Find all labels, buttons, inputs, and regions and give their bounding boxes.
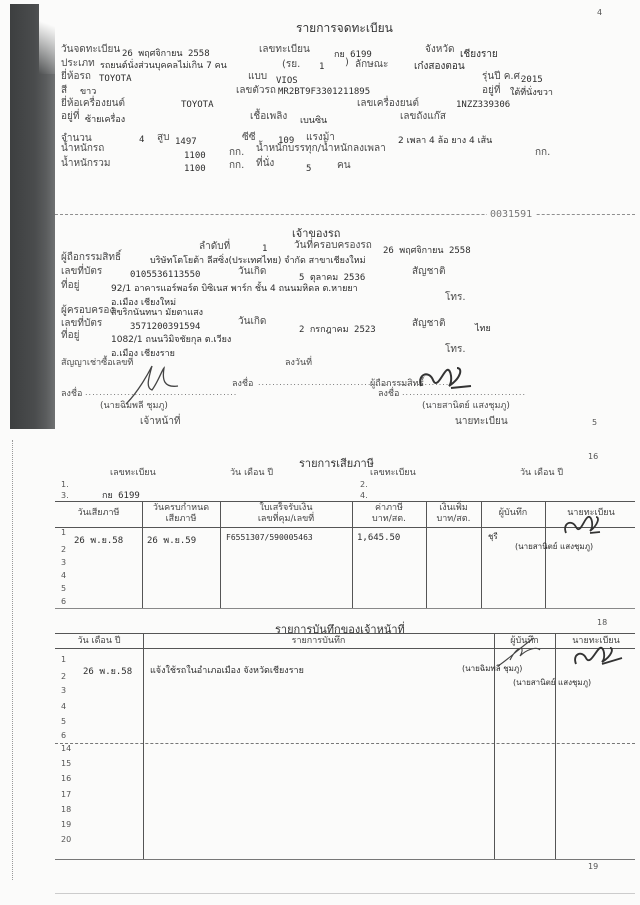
- page-number-tax: 16: [588, 452, 598, 461]
- address-label: ที่อยู่: [61, 278, 79, 293]
- notes-row-number: 2: [61, 672, 66, 681]
- page-number-top: 4: [597, 8, 602, 17]
- engine-brand-value: TOYOTA: [181, 100, 214, 110]
- scan-edge-dots: [12, 440, 14, 880]
- tax-paid-date: 26 พ.ย.58: [74, 533, 123, 547]
- notes-row-number: 15: [61, 759, 71, 768]
- notes-row-number: 3: [61, 686, 66, 695]
- tax-row-number: 2: [61, 545, 66, 554]
- officer-title: เจ้าหน้าที่: [140, 414, 181, 429]
- tax-summary-no-4: 4.: [360, 491, 368, 500]
- cc-label: ซีซี: [242, 130, 256, 145]
- total-weight-value: 1100: [184, 164, 206, 174]
- notes-row-number: 17: [61, 790, 71, 799]
- style-label: ลักษณะ: [355, 57, 388, 72]
- possession-date-label: วันที่ครอบครองรถ: [294, 238, 372, 253]
- birth2-label: วันเกิด: [238, 314, 266, 329]
- tax-summary-header-plate-2: เลขทะเบียน: [370, 465, 416, 479]
- chassis-loc-value: ใต้ที่นั่งขวา: [510, 85, 553, 99]
- nationality2-value: ไทย: [475, 321, 491, 335]
- notes-row-number: 18: [61, 805, 71, 814]
- tax-summary-header-date-2: วัน เดือน ปี: [520, 465, 563, 479]
- tax-title: รายการเสียภาษี: [299, 454, 374, 472]
- province-value: เชียงราย: [460, 47, 498, 62]
- rs-open-label: (รย.: [282, 57, 300, 72]
- id-card-label: เลขที่บัตร: [61, 264, 102, 279]
- brand-label: ยี่ห้อรถ: [61, 69, 91, 84]
- load-label: น้ำหนักบรรทุก/น้ำหนักลงเพลา: [256, 141, 386, 156]
- axles-wheels-value: 2 เพลา 4 ล้อ ยาง 4 เส้น: [398, 133, 492, 147]
- phone2-label: โทร.: [445, 342, 466, 357]
- notes-recorder-signature: [496, 636, 546, 668]
- total-weight-label: น้ำหนักรวม: [61, 156, 111, 171]
- fuel-label: เชื้อเพลิง: [250, 109, 287, 124]
- tax-row-number: 4: [61, 571, 66, 580]
- plate-label: เลขทะเบียน: [259, 42, 310, 57]
- rs-close-label: ): [345, 57, 349, 68]
- registrar-sign-label: ลงชื่อ: [378, 386, 399, 400]
- tax-summary-no-2: 2.: [360, 480, 368, 489]
- possession-date-value: 26 พฤศจิกายน 2558: [383, 243, 471, 257]
- signed-date-label: ลงวันที่: [285, 355, 312, 369]
- notes-col-date: วัน เดือน ปี: [55, 636, 143, 647]
- tax-col-surcharge: เงินเพิ่ม บาท/สต.: [426, 503, 481, 525]
- tax-col-due-date: วันครบกำหนด เสียภาษี: [142, 503, 220, 525]
- tax-summary-header-plate-1: เลขทะเบียน: [110, 465, 156, 479]
- registrar-name: (นายสานิตย์ แสงชุมภู): [422, 398, 510, 412]
- cc-value: 1497: [175, 137, 197, 147]
- birth-label: วันเกิด: [238, 264, 266, 279]
- address2-label: ที่อยู่: [61, 328, 79, 343]
- holder-label: ผู้ถือกรรมสิทธิ์: [61, 250, 121, 265]
- registrar-title: นายทะเบียน: [455, 414, 508, 429]
- notes-entry: แจ้งใช้รถในอำเภอเมือง จังหวัดเชียงราย: [150, 663, 304, 677]
- phone-label: โทร.: [445, 290, 466, 305]
- tax-col-tax: ค่าภาษี บาท/สต.: [352, 503, 426, 525]
- page-number-bottom: 19: [588, 862, 598, 871]
- tax-receipt: F6551307/590005463: [226, 533, 313, 542]
- notes-row-number: 4: [61, 702, 66, 711]
- rs-value: 1: [319, 62, 324, 72]
- page-number-owner: 5: [592, 418, 597, 427]
- persons-label: คน: [337, 158, 351, 173]
- serial-number: 0031591: [487, 209, 535, 220]
- notes-date: 26 พ.ย.58: [83, 664, 132, 678]
- bottom-edge-line: [55, 893, 635, 894]
- fuel-value: เบนซิน: [300, 113, 327, 127]
- province-label: จังหวัด: [425, 42, 454, 57]
- tax-summary-header-date-1: วัน เดือน ปี: [230, 465, 273, 479]
- notes-registrar-name: (นายสานิตย์ แสงชุมภู): [513, 676, 591, 689]
- officer-sign-line: ........................................…: [85, 388, 237, 397]
- style-value: เก๋งสองตอน: [414, 59, 465, 74]
- tax-row-number: 1: [61, 528, 66, 537]
- tax-due-date: 26 พ.ย.59: [147, 533, 196, 547]
- officer-sign-label: ลงชื่อ: [61, 386, 82, 400]
- notes-row-number: 20: [61, 835, 71, 844]
- tax-summary-plate-3: กย 6199: [102, 488, 140, 502]
- nationality-label: สัญชาติ: [412, 264, 446, 279]
- model-label: แบบ: [248, 69, 267, 84]
- tax-summary-no-1: 1.: [61, 480, 69, 489]
- officer-name: (นายฉิมพลี ชุมภู): [100, 398, 168, 412]
- notes-col-entry: รายการบันทึก: [143, 636, 494, 647]
- cylinders-value: 4: [139, 135, 144, 145]
- type-value: รถยนต์นั่งส่วนบุคคลไม่เกิน 7 คน: [100, 58, 227, 72]
- order-label: ลำดับที่: [199, 239, 230, 254]
- address2-line1: 1082/1 ถนนวิมิจชัยกุล ต.เวียง: [111, 332, 231, 346]
- seats-label: ที่นั่ง: [256, 156, 274, 171]
- id-card-value: 0105536113550: [130, 270, 200, 280]
- model-year-label: รุ่นปี ค.ศ.: [482, 69, 523, 84]
- model-year-value: 2015: [521, 75, 543, 85]
- registration-title: รายการจดทะเบียน: [296, 19, 393, 38]
- birth2-value: 2 กรกฎาคม 2523: [299, 322, 376, 336]
- weight-label: น้ำหนักรถ: [61, 141, 104, 156]
- brand-value: TOYOTA: [99, 74, 132, 84]
- seats-value: 5: [306, 164, 311, 174]
- notes-registrar-signature: [570, 642, 625, 672]
- tax-row-number: 3: [61, 558, 66, 567]
- tax-registrar-name: (นายสานิตย์ แสงชุมภู): [515, 540, 593, 553]
- tax-amount: 1,645.50: [357, 533, 400, 543]
- notes-row-number: 16: [61, 774, 71, 783]
- kg3-label: กก.: [229, 158, 244, 173]
- engine-no-value: 1NZZ339306: [456, 100, 510, 110]
- notes-row-number: 1: [61, 655, 66, 664]
- tax-row-number: 6: [61, 597, 66, 606]
- tax-row-number: 5: [61, 584, 66, 593]
- serial-divider: [55, 214, 635, 215]
- scan-edge-shadow: [10, 4, 55, 429]
- kg2-label: กก.: [535, 145, 550, 160]
- possessor-value: สิขริกนันทนา มัยตาแสง: [111, 305, 203, 319]
- weight-value: 1100: [184, 151, 206, 161]
- address-line1: 92/1 อาคารแอร์พอร์ต บิซิเนส พาร์ก ชั้น 4…: [111, 281, 358, 295]
- notes-row-number: 19: [61, 820, 71, 829]
- page-number-notes: 18: [597, 618, 607, 627]
- notes-row-number: 5: [61, 717, 66, 726]
- tax-registrar-signature: [562, 513, 602, 539]
- id-card2-value: 3571200391594: [130, 322, 200, 332]
- cylinder-label: สูบ: [157, 130, 169, 145]
- tax-recorder: ชุรี: [488, 530, 498, 543]
- engine-loc-value: ซ้ายเครื่อง: [85, 112, 125, 126]
- notes-row-number: 6: [61, 731, 66, 740]
- chassis-loc-label: อยู่ที่: [482, 83, 500, 98]
- tax-col-paid-date: วันเสียภาษี: [55, 508, 142, 519]
- engine-loc-label: อยู่ที่: [61, 109, 79, 124]
- gas-tank-label: เลขถังแก๊ส: [400, 109, 446, 124]
- tax-col-recorder: ผู้บันทึก: [481, 508, 545, 519]
- notes-row-number: 14: [61, 744, 71, 753]
- chassis-label: เลขตัวรถ: [236, 83, 276, 98]
- model-value: VIOS: [276, 76, 298, 86]
- reg-date-label: วันจดทะเบียน: [61, 42, 120, 57]
- nationality2-label: สัญชาติ: [412, 316, 446, 331]
- registrar-sign-line: ...................................: [402, 388, 526, 397]
- tax-col-receipt: ใบเสร็จรับเงิน เลขที่คุม/เลขที่: [220, 503, 352, 525]
- tax-summary-no-3: 3.: [61, 491, 69, 500]
